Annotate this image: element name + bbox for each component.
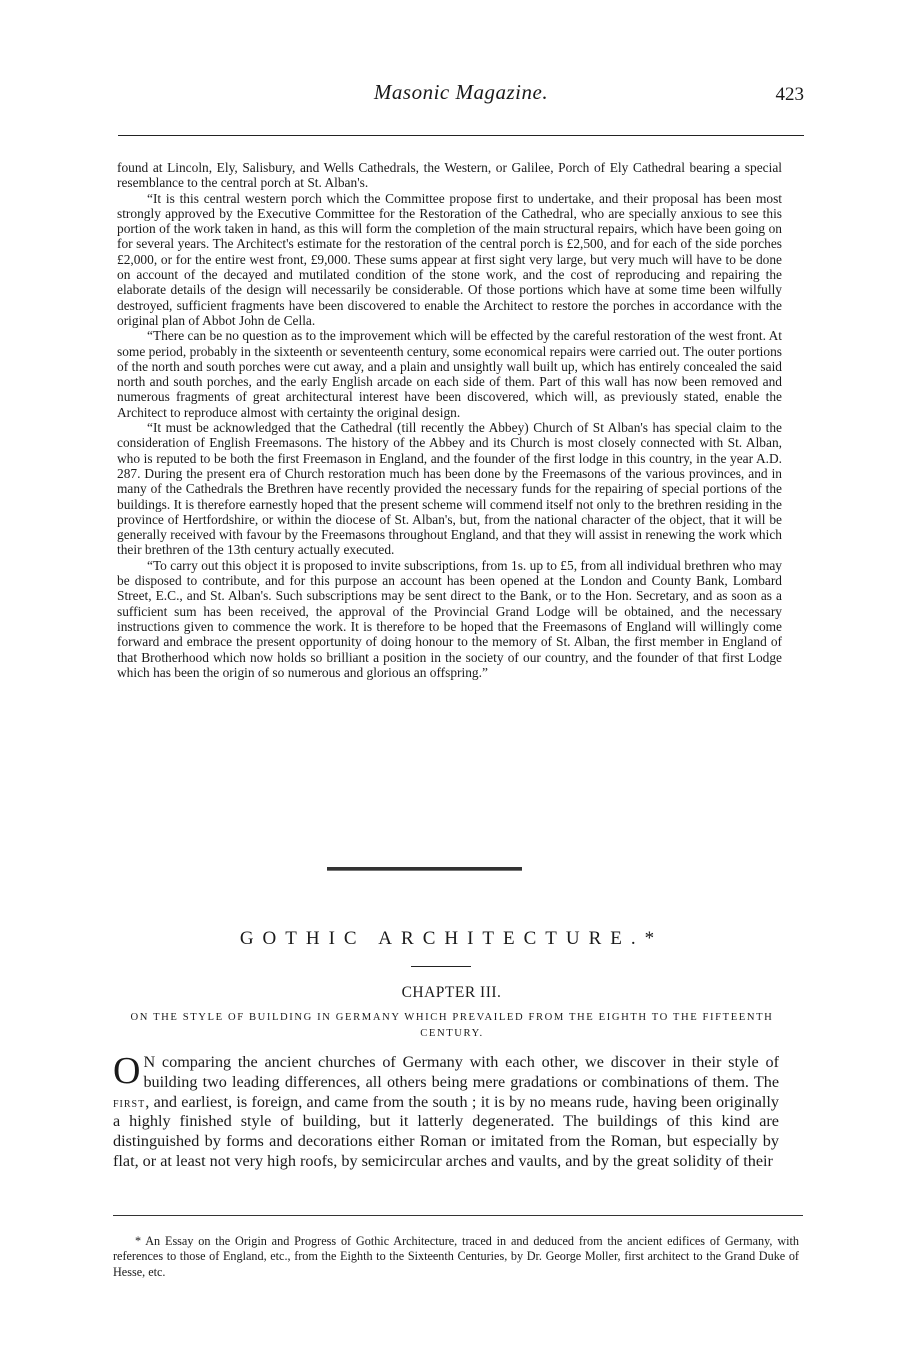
body-rest: , and earliest, is foreign, and came fro… (113, 1093, 779, 1170)
magazine-page: Masonic Magazine. 423 found at Lincoln, … (0, 0, 903, 1367)
decorative-rule (327, 867, 522, 871)
header-rule (118, 135, 804, 136)
footnote-rule (113, 1215, 803, 1216)
chapter-subtitle: ON THE STYLE OF BUILDING IN GERMANY WHIC… (112, 1010, 792, 1042)
small-caps-word: first (113, 1095, 145, 1110)
body-start: N comparing the ancient churches of Germ… (143, 1053, 779, 1091)
running-head: Masonic Magazine. 423 (118, 80, 804, 110)
title-rule (411, 966, 471, 967)
paragraph: “It is this central western porch which … (117, 191, 782, 329)
paragraph: “It must be acknowledged that the Cathed… (117, 420, 782, 558)
chapter-heading: CHAPTER III. (0, 984, 903, 1002)
article-body: ON comparing the ancient churches of Ger… (113, 1053, 779, 1172)
article-title: GOTHIC ARCHITECTURE.* (0, 928, 903, 950)
page-number: 423 (776, 84, 805, 106)
paragraph: “To carry out this object it is proposed… (117, 558, 782, 680)
paragraph: ON comparing the ancient churches of Ger… (113, 1053, 779, 1172)
paragraph: “There can be no question as to the impr… (117, 328, 782, 420)
previous-article-text: found at Lincoln, Ely, Salisbury, and We… (117, 160, 782, 680)
footnote-text: * An Essay on the Origin and Progress of… (113, 1234, 799, 1280)
paragraph: found at Lincoln, Ely, Salisbury, and We… (117, 160, 782, 191)
footnote: * An Essay on the Origin and Progress of… (113, 1234, 799, 1280)
journal-title: Masonic Magazine. (118, 80, 804, 105)
drop-cap: O (113, 1055, 140, 1087)
